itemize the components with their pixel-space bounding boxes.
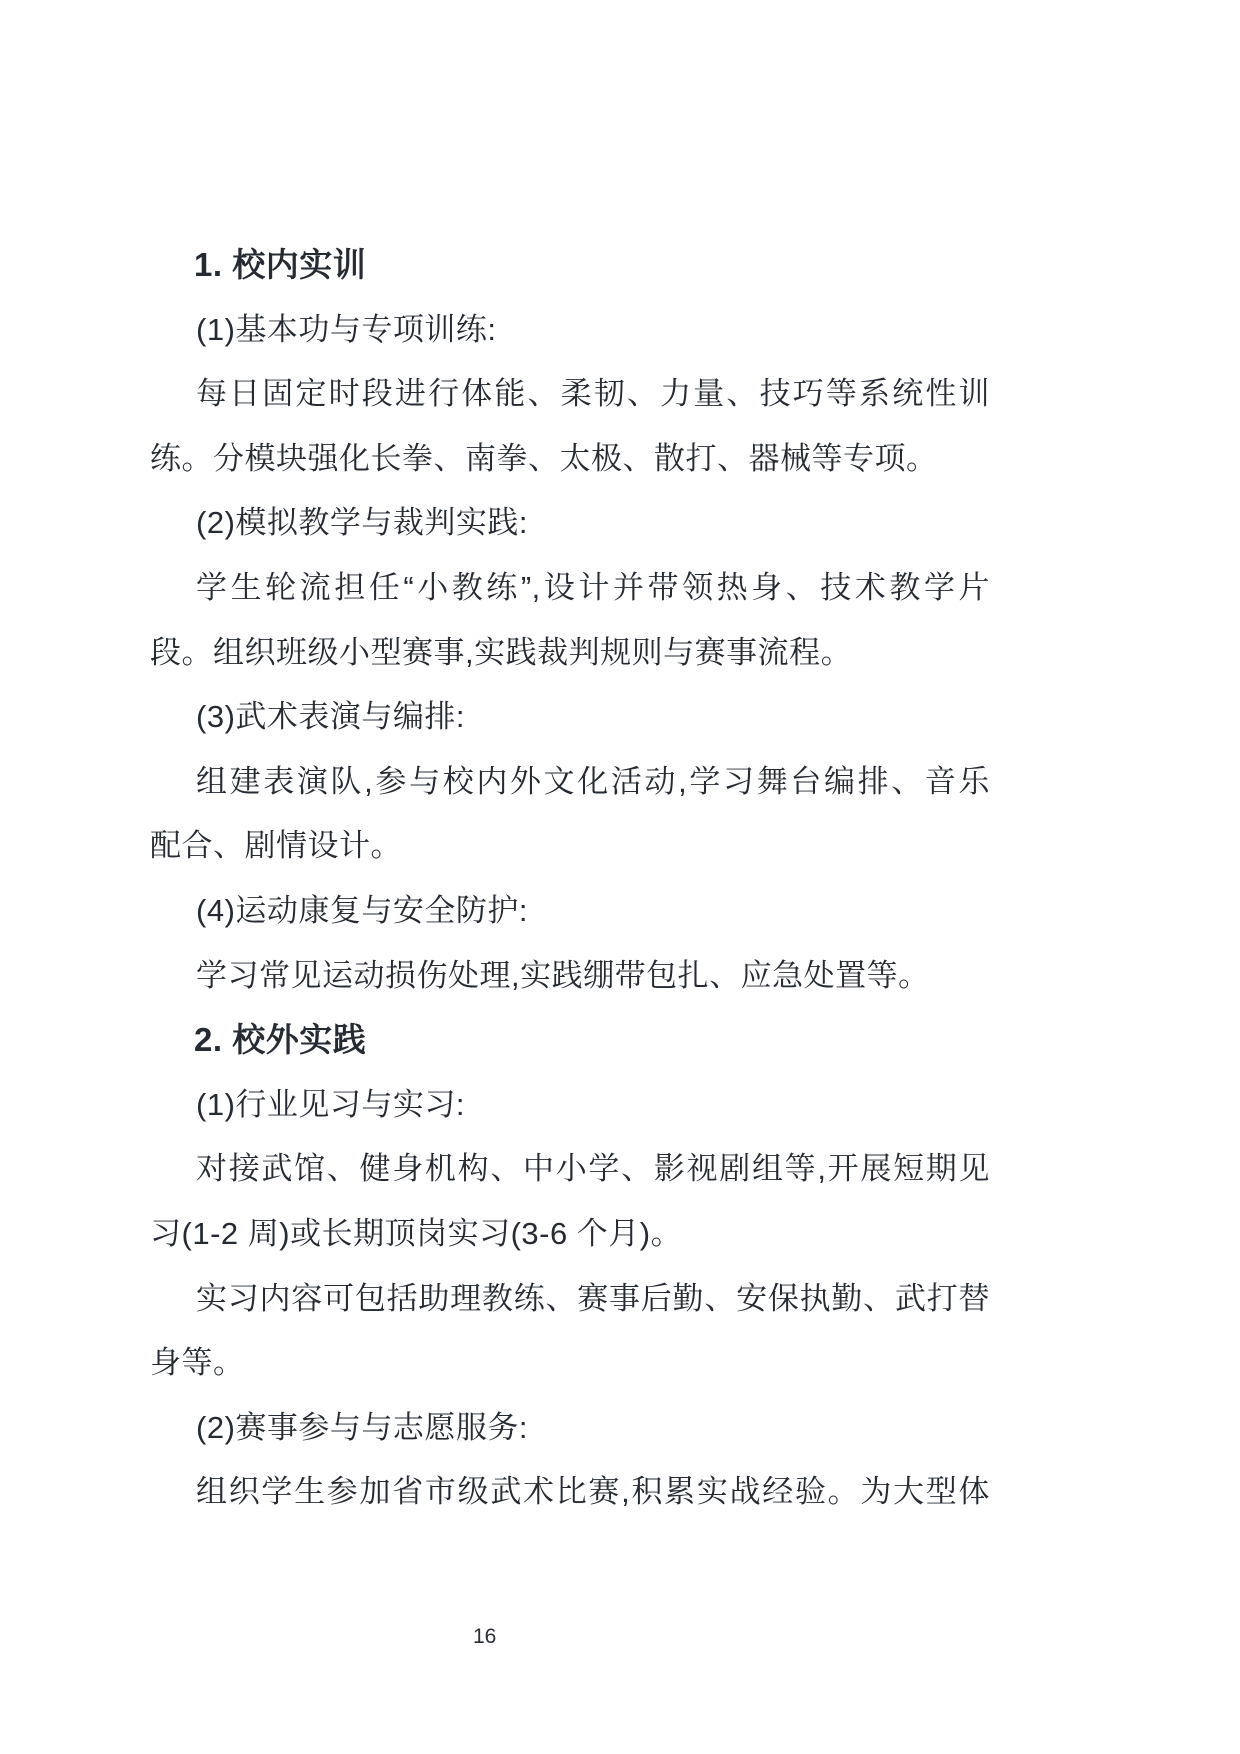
body-line: 学习常见运动损伤处理,实践绷带包扎、应急处置等。 (150, 944, 990, 1009)
subitem-heading-mock-teaching: (2)模拟教学与裁判实践: (150, 491, 990, 556)
subitem-heading-competitions: (2)赛事参与与志愿服务: (150, 1396, 990, 1461)
document-body: 1. 校内实训 (1)基本功与专项训练: 每日固定时段进行体能、柔韧、力量、技巧… (150, 233, 990, 1525)
section-heading-external-practice: 2. 校外实践 (150, 1008, 990, 1073)
section-heading-internal-training: 1. 校内实训 (150, 233, 990, 298)
body-line: 配合、剧情设计。 (150, 814, 990, 879)
body-line: 练。分模块强化长拳、南拳、太极、散打、器械等专项。 (150, 427, 990, 492)
body-line: 习(1-2 周)或长期顶岗实习(3-6 个月)。 (150, 1202, 990, 1267)
page-number: 16 (473, 1622, 496, 1652)
subitem-heading-rehab-safety: (4)运动康复与安全防护: (150, 879, 990, 944)
body-line: 实习内容可包括助理教练、赛事后勤、安保执勤、武打替 (150, 1267, 990, 1332)
body-line: 学生轮流担任“小教练”,设计并带领热身、技术教学片 (150, 556, 990, 621)
document-page: 1. 校内实训 (1)基本功与专项训练: 每日固定时段进行体能、柔韧、力量、技巧… (0, 0, 1240, 1754)
subitem-heading-internship: (1)行业见习与实习: (150, 1073, 990, 1138)
body-line: 对接武馆、健身机构、中小学、影视剧组等,开展短期见 (150, 1137, 990, 1202)
body-line: 每日固定时段进行体能、柔韧、力量、技巧等系统性训 (150, 362, 990, 427)
body-line: 身等。 (150, 1331, 990, 1396)
subitem-heading-performance: (3)武术表演与编排: (150, 685, 990, 750)
body-line: 段。组织班级小型赛事,实践裁判规则与赛事流程。 (150, 621, 990, 686)
body-line: 组织学生参加省市级武术比赛,积累实战经验。为大型体 (150, 1460, 990, 1525)
body-line: 组建表演队,参与校内外文化活动,学习舞台编排、音乐 (150, 750, 990, 815)
subitem-heading-basic-training: (1)基本功与专项训练: (150, 298, 990, 363)
